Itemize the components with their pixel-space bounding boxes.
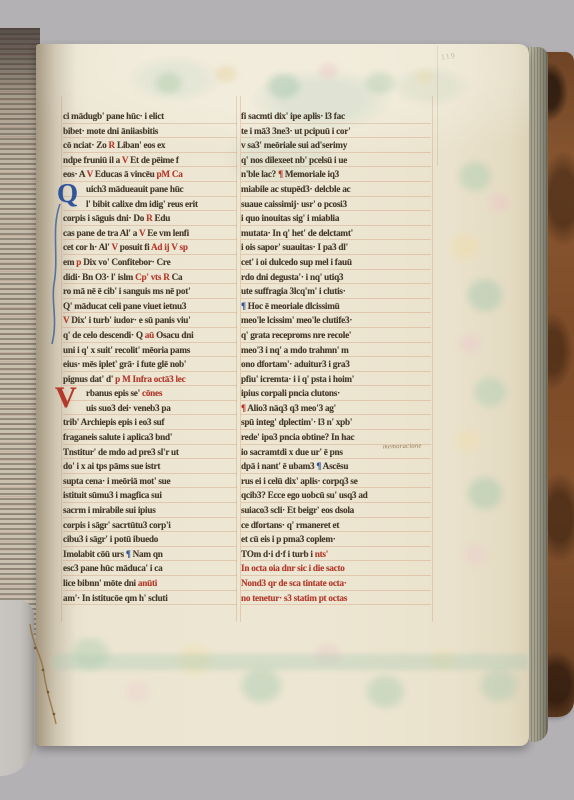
body-text: ute suffragia 3lcq'm' i clutis·	[241, 286, 346, 296]
body-text: corpis i sāgr' sacrtūtu3 corp'i	[63, 520, 171, 530]
body-text: Et de pēime f	[130, 155, 179, 165]
text-line: cet cor h· Al' V posuit fi Ad ij V sp	[63, 240, 237, 255]
text-column-left: ci mādugb' pane hūc· i elictbibet· mote …	[63, 109, 237, 605]
body-text: cas pane de tra Al' a	[63, 228, 139, 238]
body-text: pfiu' icremta· i i q' psta i hoim'	[241, 374, 354, 384]
body-text: spū integ' dplectim'· l3 n' xpb'	[241, 417, 352, 427]
body-text: miabile ac stupēd3· delcble ac	[241, 184, 350, 194]
text-line: sacrm i mirabile sui ipius	[63, 503, 237, 518]
body-text: ndpe fruniū il a	[63, 155, 122, 165]
text-line: do' i x ai tps pāms sue istrt	[63, 459, 237, 474]
body-text: Ascēsu	[321, 461, 348, 471]
text-line: lice bibnn' mōte dni anūti	[63, 576, 237, 591]
text-line: Q' māducat celi pane viuet ietnu3	[63, 299, 237, 314]
initial-q-flourish	[48, 200, 66, 350]
text-line: miabile ac stupēd3· delcble ac	[241, 182, 431, 197]
body-text: am'· In istitucōe qm h' scluti	[63, 593, 168, 603]
body-text: Ca	[172, 272, 183, 282]
text-line: et cū eis i p pma3 coplem·	[241, 532, 431, 547]
body-text: rbanus epis se'	[86, 388, 142, 398]
body-text: i ois sapor' suauitas· I pa3 dl'	[241, 242, 348, 252]
body-text: cet' i oi dulcedo sup mel i fauū	[241, 257, 352, 267]
text-line: uis suo3 dei· veneb3 pa	[63, 401, 237, 416]
body-text: Dix' i turb' iudor· e sū panis viu'	[71, 315, 190, 325]
text-line: qcib3? Ecce ego uobcū su' usq3 ad	[241, 488, 431, 503]
text-line: fraganeis salute i aplica3 bnd'	[63, 430, 237, 445]
text-line: meo'le lcissim' meo'le clutife3·	[241, 313, 431, 328]
text-line: suiaco3 scli· Et beigr' eos dsola	[241, 503, 431, 518]
text-line: ute suffragia 3lcq'm' i clutis·	[241, 284, 431, 299]
body-text: posuit fi	[120, 242, 151, 252]
text-line: q' nos dilexeet nb' pcelsū i ue	[241, 153, 431, 168]
body-text: corpis i sāguis dni· Do	[63, 213, 146, 223]
text-line: ci mādugb' pane hūc· i elict	[63, 109, 237, 124]
body-text: uni i q' x suit' recolit' mēoria pams	[63, 345, 190, 355]
body-text: ce dfortans· q' rmaneret et	[241, 520, 339, 530]
body-text: qcib3? Ecce ego uobcū su' usq3 ad	[241, 490, 368, 500]
ruling-line-vertical	[61, 96, 62, 622]
rubric-text: V	[122, 155, 130, 165]
body-text: bibet· mote dni āniiasbitis	[63, 126, 158, 136]
text-line: cibu3 i sāgr' i potū ibuedo	[63, 532, 237, 547]
rubric-text: no tenetur· s3 statim pt octas	[241, 593, 347, 603]
body-text: uich3 mādueauit pane hūc	[86, 184, 183, 194]
text-line: fi sacmti dix' ipe aplis· l3 fac	[241, 109, 431, 124]
text-line: V Dix' i turb' iudor· e sū panis viu'	[63, 313, 237, 328]
rubric-text: cōnes	[142, 388, 162, 398]
text-line: te i mā3 3ne3· ut pcipuū i cor'	[241, 124, 431, 139]
body-text: Dix vo' Confitebor· Cre	[83, 257, 170, 267]
body-text: sacrm i mirabile sui ipius	[63, 505, 156, 515]
text-line: mutata· In q' het' de delctamt'	[241, 226, 431, 241]
rubric-text: Cp' vts R	[135, 272, 172, 282]
rubric-text: p M Infra octā3 lec	[115, 374, 185, 384]
body-text: ipius corpali pncia clutons·	[241, 388, 340, 398]
body-text: v sa3' meōriale sui ad'serimy	[241, 140, 347, 150]
text-line: istituit sūmu3 i magfica sui	[63, 488, 237, 503]
rubric-text: R	[109, 140, 117, 150]
body-text: suaue caissimij· usr' o pcosi3	[241, 199, 347, 209]
text-line: supta cena· i meōriā mot' sue	[63, 474, 237, 489]
body-text: Nam qn	[131, 549, 163, 559]
text-line: q' grata receproms nre recole'	[241, 328, 431, 343]
text-line: bibet· mote dni āniiasbitis	[63, 124, 237, 139]
text-line: l' bibit calixe dm idig' reus erit	[63, 197, 237, 212]
body-text: te i mā3 3ne3· ut pcipuū i cor'	[241, 126, 350, 136]
text-line: am'· In istitucōe qm h' scluti	[63, 591, 237, 606]
text-line: pfiu' icremta· i i q' psta i hoim'	[241, 372, 431, 387]
body-text: meo'le lcissim' meo'le clutife3·	[241, 315, 352, 325]
text-line: no tenetur· s3 statim pt octas	[241, 591, 431, 606]
text-line: ro mā nē ē cib' i sanguis ms nē pot'	[63, 284, 237, 299]
text-line: Imolabit cōū urs ¶ Nam qn	[63, 547, 237, 562]
text-line: meo'3 i nq' a mdo trahmn' m	[241, 343, 431, 358]
body-text: do' i x ai tps pāms sue istrt	[63, 461, 160, 471]
text-line: em p Dix vo' Confitebor· Cre	[63, 255, 237, 270]
body-text: istituit sūmu3 i magfica sui	[63, 490, 162, 500]
body-text: esc3 pane hūc māduca' i ca	[63, 563, 162, 573]
body-text: cet cor h· Al'	[63, 242, 111, 252]
rubric-text: nts'	[315, 549, 328, 559]
body-text: q' nos dilexeet nb' pcelsū i ue	[241, 155, 347, 165]
manuscript-photo: ci mādugb' pane hūc· i elictbibet· mote …	[0, 0, 574, 800]
text-line: pignus dat' d' p M Infra octā3 lec	[63, 372, 237, 387]
body-text: Edu	[155, 213, 171, 223]
body-text: lice bibnn' mōte dni	[63, 578, 138, 588]
body-text: l' bibit calixe dm idig' reus erit	[86, 199, 198, 209]
text-line: ono dfortam'· aduitur3 i gra3	[241, 357, 431, 372]
text-line: eos· A V Educas ā vincēu pM Ca	[63, 167, 237, 182]
body-text: Educas ā vincēu	[95, 169, 157, 179]
page-crease	[437, 46, 438, 166]
text-line: eius· mēs iplet' grā· i fute glē nob'	[63, 357, 237, 372]
body-text: rdo dni degusta'· i nq' utiq3	[241, 272, 343, 282]
body-text: fraganeis salute i aplica3 bnd'	[63, 432, 172, 442]
body-text: cibu3 i sāgr' i potū ibuedo	[63, 534, 158, 544]
body-text: Ee vm lenfi	[147, 228, 189, 238]
text-line: trib' Archiepis epis i eo3 suf	[63, 415, 237, 430]
text-line: ipius corpali pncia clutons·	[241, 386, 431, 401]
body-text: ro mā nē ē cib' i sanguis ms nē pot'	[63, 286, 190, 296]
ruling-line-vertical	[432, 96, 433, 622]
body-text: rus ei i celū dix' aplis· corpq3 se	[241, 476, 358, 486]
text-line: rus ei i celū dix' aplis· corpq3 se	[241, 474, 431, 489]
rubric-text: V	[87, 169, 95, 179]
body-text: q' de celo descendi· Q	[63, 330, 145, 340]
text-line: In octa oia dnr sic i die sacto	[241, 561, 431, 576]
rubric-text: aū	[145, 330, 156, 340]
text-line: q' de celo descendi· Q aū Osacu dni	[63, 328, 237, 343]
body-text: cō nciat· Zo	[63, 140, 109, 150]
folio-number-pencil: 119	[441, 51, 457, 61]
body-text: Tnstitur' de mdo ad pre3 sl'r ut	[63, 447, 179, 457]
text-line: n'ble lac? ¶ Memoriale iq3	[241, 167, 431, 182]
facing-page-fore-edge	[0, 28, 40, 638]
body-text: TOm d·i d·f i turb i	[241, 549, 315, 559]
body-text: Imolabit cōū urs	[63, 549, 126, 559]
text-line: ¶ Alio3 nāq3 q3 meo'3 ag'	[241, 401, 431, 416]
body-text: suiaco3 scli· Et beigr' eos dsola	[241, 505, 354, 515]
text-line: ¶ Hoc ē meoriale dlcissimū	[241, 299, 431, 314]
text-line: i quo inouitas sig' i miablia	[241, 211, 431, 226]
text-line: cet' i oi dulcedo sup mel i fauū	[241, 255, 431, 270]
text-line: spū integ' dplectim'· l3 n' xpb'	[241, 415, 431, 430]
body-text: dpā i nant' ē ubam3	[241, 461, 316, 471]
body-text: Hoc ē meoriale dlcissimū	[246, 301, 340, 311]
text-line: ndpe fruniū il a V Et de pēime f	[63, 153, 237, 168]
body-text: didi· Bn O3· l' islm	[63, 272, 135, 282]
body-text: ono dfortam'· aduitur3 i gra3	[241, 359, 350, 369]
body-text: uis suo3 dei· veneb3 pa	[86, 403, 171, 413]
rubric-text: Nond3 qr de sca tintate octa·	[241, 578, 347, 588]
text-line: cas pane de tra Al' a V Ee vm lenfi	[63, 226, 237, 241]
text-line: i ois sapor' suauitas· I pa3 dl'	[241, 240, 431, 255]
text-line: cō nciat· Zo R Liban' eos ex	[63, 138, 237, 153]
body-text: mutata· In q' het' de delctamt'	[241, 228, 353, 238]
body-text: eius· mēs iplet' grā· i fute glē nob'	[63, 359, 186, 369]
text-line: didi· Bn O3· l' islm Cp' vts R Ca	[63, 270, 237, 285]
text-line: TOm d·i d·f i turb i nts'	[241, 547, 431, 562]
body-text: i quo inouitas sig' i miablia	[241, 213, 339, 223]
text-line: Tnstitur' de mdo ad pre3 sl'r ut	[63, 445, 237, 460]
text-line: uich3 mādueauit pane hūc	[63, 182, 237, 197]
body-text: rede' ipo3 pncia obtine? In hac	[241, 432, 354, 442]
tear-repair-line	[18, 618, 70, 736]
body-text: supta cena· i meōriā mot' sue	[63, 476, 170, 486]
text-line: corpis i sāguis dni· Do R Edu	[63, 211, 237, 226]
body-text: Memoriale iq3	[285, 169, 339, 179]
rubric-text: ¶	[278, 169, 285, 179]
body-text: Q' māducat celi pane viuet ietnu3	[63, 301, 186, 311]
text-line: suaue caissimij· usr' o pcosi3	[241, 197, 431, 212]
text-line: dpā i nant' ē ubam3 ¶ Ascēsu	[241, 459, 431, 474]
rubric-text: In octa oia dnr sic i die sacto	[241, 563, 345, 573]
body-text: et cū eis i p pma3 coplem·	[241, 534, 336, 544]
text-line: ce dfortans· q' rmaneret et	[241, 518, 431, 533]
rubric-text: pM Ca	[156, 169, 182, 179]
body-text: io sacramtdi x due ur' ē pns	[241, 447, 343, 457]
rubric-text: Ad ij V sp	[151, 242, 188, 252]
rubric-text: R	[146, 213, 154, 223]
body-text: meo'3 i nq' a mdo trahmn' m	[241, 345, 349, 355]
body-text: ci mādugb' pane hūc· i elict	[63, 111, 164, 121]
red-initial-v: V	[55, 383, 77, 413]
body-text: Liban' eos ex	[117, 140, 165, 150]
text-line: corpis i sāgr' sacrtūtu3 corp'i	[63, 518, 237, 533]
text-line: v sa3' meōriale sui ad'serimy	[241, 138, 431, 153]
body-text: trib' Archiepis epis i eo3 suf	[63, 417, 164, 427]
body-text: fi sacmti dix' ipe aplis· l3 fac	[241, 111, 345, 121]
rubric-text: V	[111, 242, 119, 252]
text-line: rbanus epis se' cōnes	[63, 386, 237, 401]
text-column-right: fi sacmti dix' ipe aplis· l3 facte i mā3…	[241, 109, 431, 605]
text-line: esc3 pane hūc māduca' i ca	[63, 561, 237, 576]
rubric-text: anūti	[138, 578, 157, 588]
body-text: Alio3 nāq3 q3 meo'3 ag'	[247, 403, 336, 413]
text-line: Nond3 qr de sca tintate octa·	[241, 576, 431, 591]
text-line: rdo dni degusta'· i nq' utiq3	[241, 270, 431, 285]
body-text: n'ble lac?	[241, 169, 278, 179]
text-line: uni i q' x suit' recolit' mēoria pams	[63, 343, 237, 358]
body-text: q' grata receproms nre recole'	[241, 330, 351, 340]
body-text: Osacu dni	[156, 330, 193, 340]
marginal-note: memoracione	[383, 442, 422, 450]
